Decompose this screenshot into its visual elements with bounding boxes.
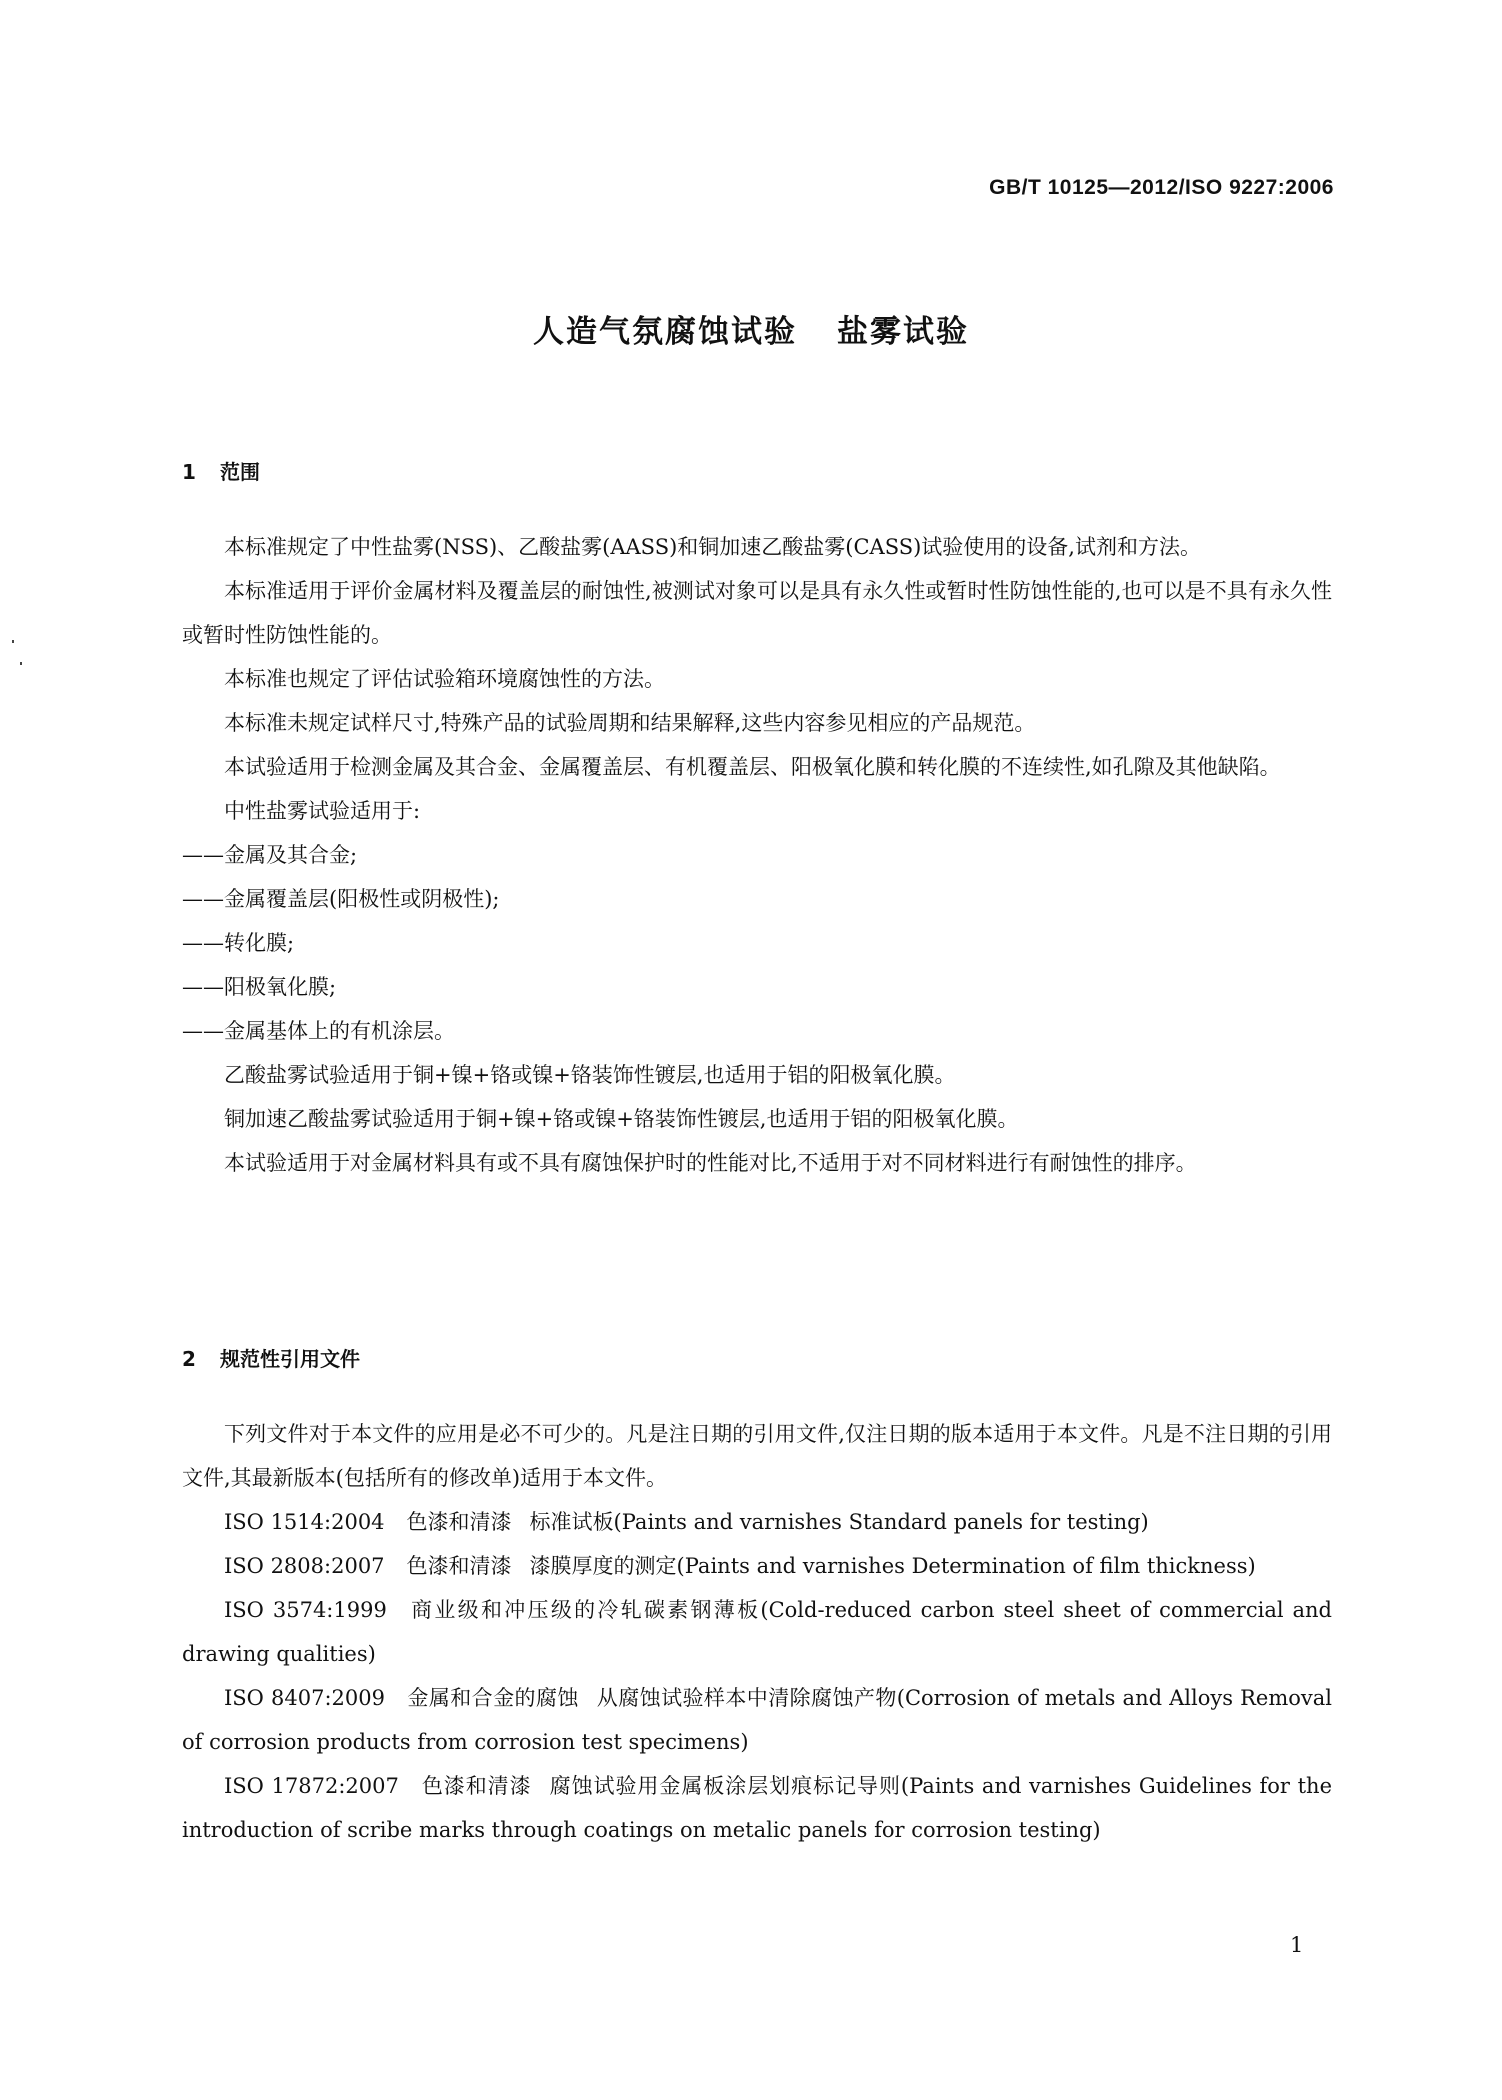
reference-item: ISO 17872:2007色漆和清漆腐蚀试验用金属板涂层划痕标记导则(Pain… (182, 1764, 1332, 1852)
reference-code: ISO 1514:2004 (224, 1510, 385, 1534)
paragraph: 本标准也规定了评估试验箱环境腐蚀性的方法。 (182, 657, 1332, 701)
paragraph: 中性盐雾试验适用于: (182, 789, 1332, 833)
paragraph: 本标准适用于评价金属材料及覆盖层的耐蚀性,被测试对象可以是具有永久性或暂时性防蚀… (182, 569, 1332, 657)
section-2-heading: 2规范性引用文件 (182, 1343, 360, 1372)
reference-code: ISO 8407:2009 (224, 1686, 385, 1710)
reference-item: ISO 1514:2004色漆和清漆标准试板(Paints and varnis… (182, 1500, 1332, 1544)
list-item: ——阳极氧化膜; (182, 965, 1332, 1009)
reference-code: ISO 17872:2007 (224, 1774, 399, 1798)
scan-artifact (12, 640, 14, 643)
reference-subtitle-zh: 腐蚀试验用金属板涂层划痕标记导则 (550, 1774, 901, 1798)
reference-title-zh: 色漆和清漆 (407, 1554, 512, 1578)
reference-code: ISO 3574:1999 (224, 1598, 387, 1622)
scan-artifact (20, 662, 22, 665)
reference-subtitle-zh: 商业级和冲压级的冷轧碳素钢薄板 (409, 1598, 761, 1622)
reference-title-zh: 色漆和清漆 (421, 1774, 532, 1798)
section-title: 规范性引用文件 (220, 1347, 360, 1371)
title-part-1: 人造气氛腐蚀试验 (533, 314, 797, 350)
title-part-2: 盐雾试验 (837, 314, 969, 350)
paragraph: 本标准规定了中性盐雾(NSS)、乙酸盐雾(AASS)和铜加速乙酸盐雾(CASS)… (182, 525, 1332, 569)
section-2-body: 下列文件对于本文件的应用是必不可少的。凡是注日期的引用文件,仅注日期的版本适用于… (182, 1412, 1332, 1852)
reference-code: ISO 2808:2007 (224, 1554, 385, 1578)
reference-title-zh: 金属和合金的腐蚀 (407, 1686, 579, 1710)
section-title: 范围 (220, 460, 260, 484)
paragraph: 下列文件对于本文件的应用是必不可少的。凡是注日期的引用文件,仅注日期的版本适用于… (182, 1412, 1332, 1500)
reference-title-en: (Paints and varnishes Standard panels fo… (614, 1510, 1149, 1534)
reference-title-en: (Paints and varnishes Determination of f… (677, 1554, 1256, 1578)
list-item: ——金属及其合金; (182, 833, 1332, 877)
reference-subtitle-zh: 标准试板 (530, 1510, 614, 1534)
standard-number: GB/T 10125—2012/ISO 9227:2006 (989, 176, 1334, 200)
reference-item: ISO 8407:2009金属和合金的腐蚀从腐蚀试验样本中清除腐蚀产物(Corr… (182, 1676, 1332, 1764)
list-item: ——转化膜; (182, 921, 1332, 965)
document-title: 人造气氛腐蚀试验盐雾试验 (0, 306, 1502, 351)
list-item: ——金属覆盖层(阳极性或阴极性); (182, 877, 1332, 921)
section-1-body: 本标准规定了中性盐雾(NSS)、乙酸盐雾(AASS)和铜加速乙酸盐雾(CASS)… (182, 525, 1332, 1185)
reference-item: ISO 3574:1999商业级和冲压级的冷轧碳素钢薄板(Cold-reduce… (182, 1588, 1332, 1676)
section-number: 2 (182, 1347, 220, 1371)
reference-title-zh: 色漆和清漆 (407, 1510, 512, 1534)
paragraph: 本试验适用于对金属材料具有或不具有腐蚀保护时的性能对比,不适用于对不同材料进行有… (182, 1141, 1332, 1185)
paragraph: 本试验适用于检测金属及其合金、金属覆盖层、有机覆盖层、阳极氧化膜和转化膜的不连续… (182, 745, 1332, 789)
list-item: ——金属基体上的有机涂层。 (182, 1009, 1332, 1053)
paragraph: 铜加速乙酸盐雾试验适用于铜+镍+铬或镍+铬装饰性镀层,也适用于铝的阳极氧化膜。 (182, 1097, 1332, 1141)
reference-item: ISO 2808:2007色漆和清漆漆膜厚度的测定(Paints and var… (182, 1544, 1332, 1588)
paragraph: 本标准未规定试样尺寸,特殊产品的试验周期和结果解释,这些内容参见相应的产品规范。 (182, 701, 1332, 745)
reference-subtitle-zh: 漆膜厚度的测定 (530, 1554, 677, 1578)
document-page: GB/T 10125—2012/ISO 9227:2006 人造气氛腐蚀试验盐雾… (0, 0, 1502, 2100)
section-1-heading: 1范围 (182, 456, 260, 485)
paragraph: 乙酸盐雾试验适用于铜+镍+铬或镍+铬装饰性镀层,也适用于铝的阳极氧化膜。 (182, 1053, 1332, 1097)
page-number: 1 (1290, 1933, 1303, 1957)
reference-subtitle-zh: 从腐蚀试验样本中清除腐蚀产物 (597, 1686, 897, 1710)
section-number: 1 (182, 460, 220, 484)
